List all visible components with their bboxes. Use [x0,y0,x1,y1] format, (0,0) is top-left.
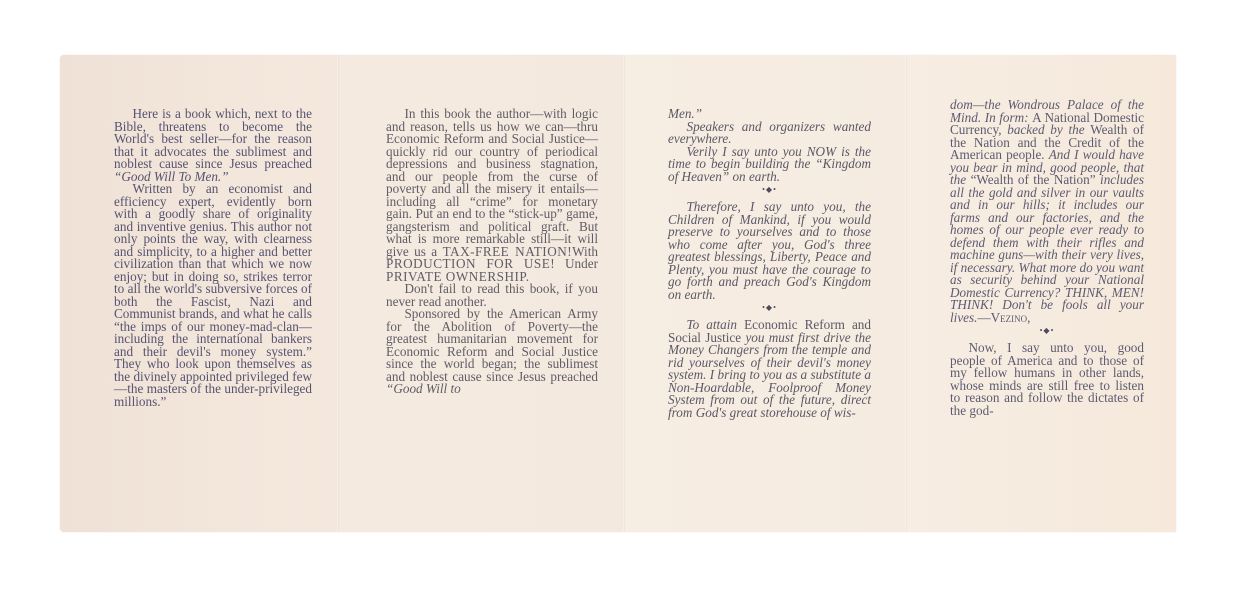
paragraph: dom—the Wondrous Palace of the Mind. In … [950,99,1144,324]
text-run: —Vezino, [977,310,1030,325]
paragraph: Therefore, I say unto you, the Children … [668,201,871,301]
text-run: Here is a book which, next to the Bible,… [114,106,312,171]
fold-line [623,55,625,532]
paragraph: Speakers and organizers wanted everywher… [668,121,871,146]
text-run: Don't fail to read this book, if you nev… [386,281,598,309]
paragraph: Sponsored by the American Army for the A… [386,308,598,396]
paragraph: Written by an economist and efficiency e… [114,183,312,408]
text-run: Sponsored by the American Army for the A… [386,306,598,384]
text-run: Under [555,256,598,271]
paragraph: Now, I say unto you, good people of Amer… [950,342,1144,417]
text-run: you must first drive the Money Changers … [668,330,871,420]
panel-3-text: Men.”Speakers and organizers wanted ever… [668,108,871,419]
paragraph: To attain Economic Reform and Social Jus… [668,319,871,419]
paragraph: In this book the author—with logic and r… [386,108,598,283]
panel-2-text: In this book the author—with logic and r… [386,108,598,396]
text-run: “Good Will to [386,381,461,396]
fold-line [905,55,907,532]
text-run: includes all the gold and silver in our … [950,172,1144,325]
text-run: Therefore, I say unto you, the Children … [668,199,871,302]
ornament-divider: •◆• [668,184,871,196]
paragraph: Don't fail to read this book, if you nev… [386,283,598,308]
paragraph: Verily I say unto you NOW is the time to… [668,146,871,184]
ornament-divider: •◆• [668,302,871,314]
text-run: Written by an economist and efficiency e… [114,181,312,409]
paragraph: Here is a book which, next to the Bible,… [114,108,312,183]
leaflet-sheet: Here is a book which, next to the Bible,… [60,55,1176,532]
text-run: Now, I say unto you, good people of Amer… [950,340,1144,418]
text-run: Speakers and organizers wanted everywher… [668,119,871,147]
text-run: In this book the author—with logic and r… [386,106,598,259]
ornament-divider: •◆• [950,325,1144,337]
fold-line [337,55,339,532]
panel-4-text: dom—the Wondrous Palace of the Mind. In … [950,99,1144,417]
panel-1-text: Here is a book which, next to the Bible,… [114,108,312,408]
text-run: Verily I say unto you NOW is the time to… [668,144,871,184]
